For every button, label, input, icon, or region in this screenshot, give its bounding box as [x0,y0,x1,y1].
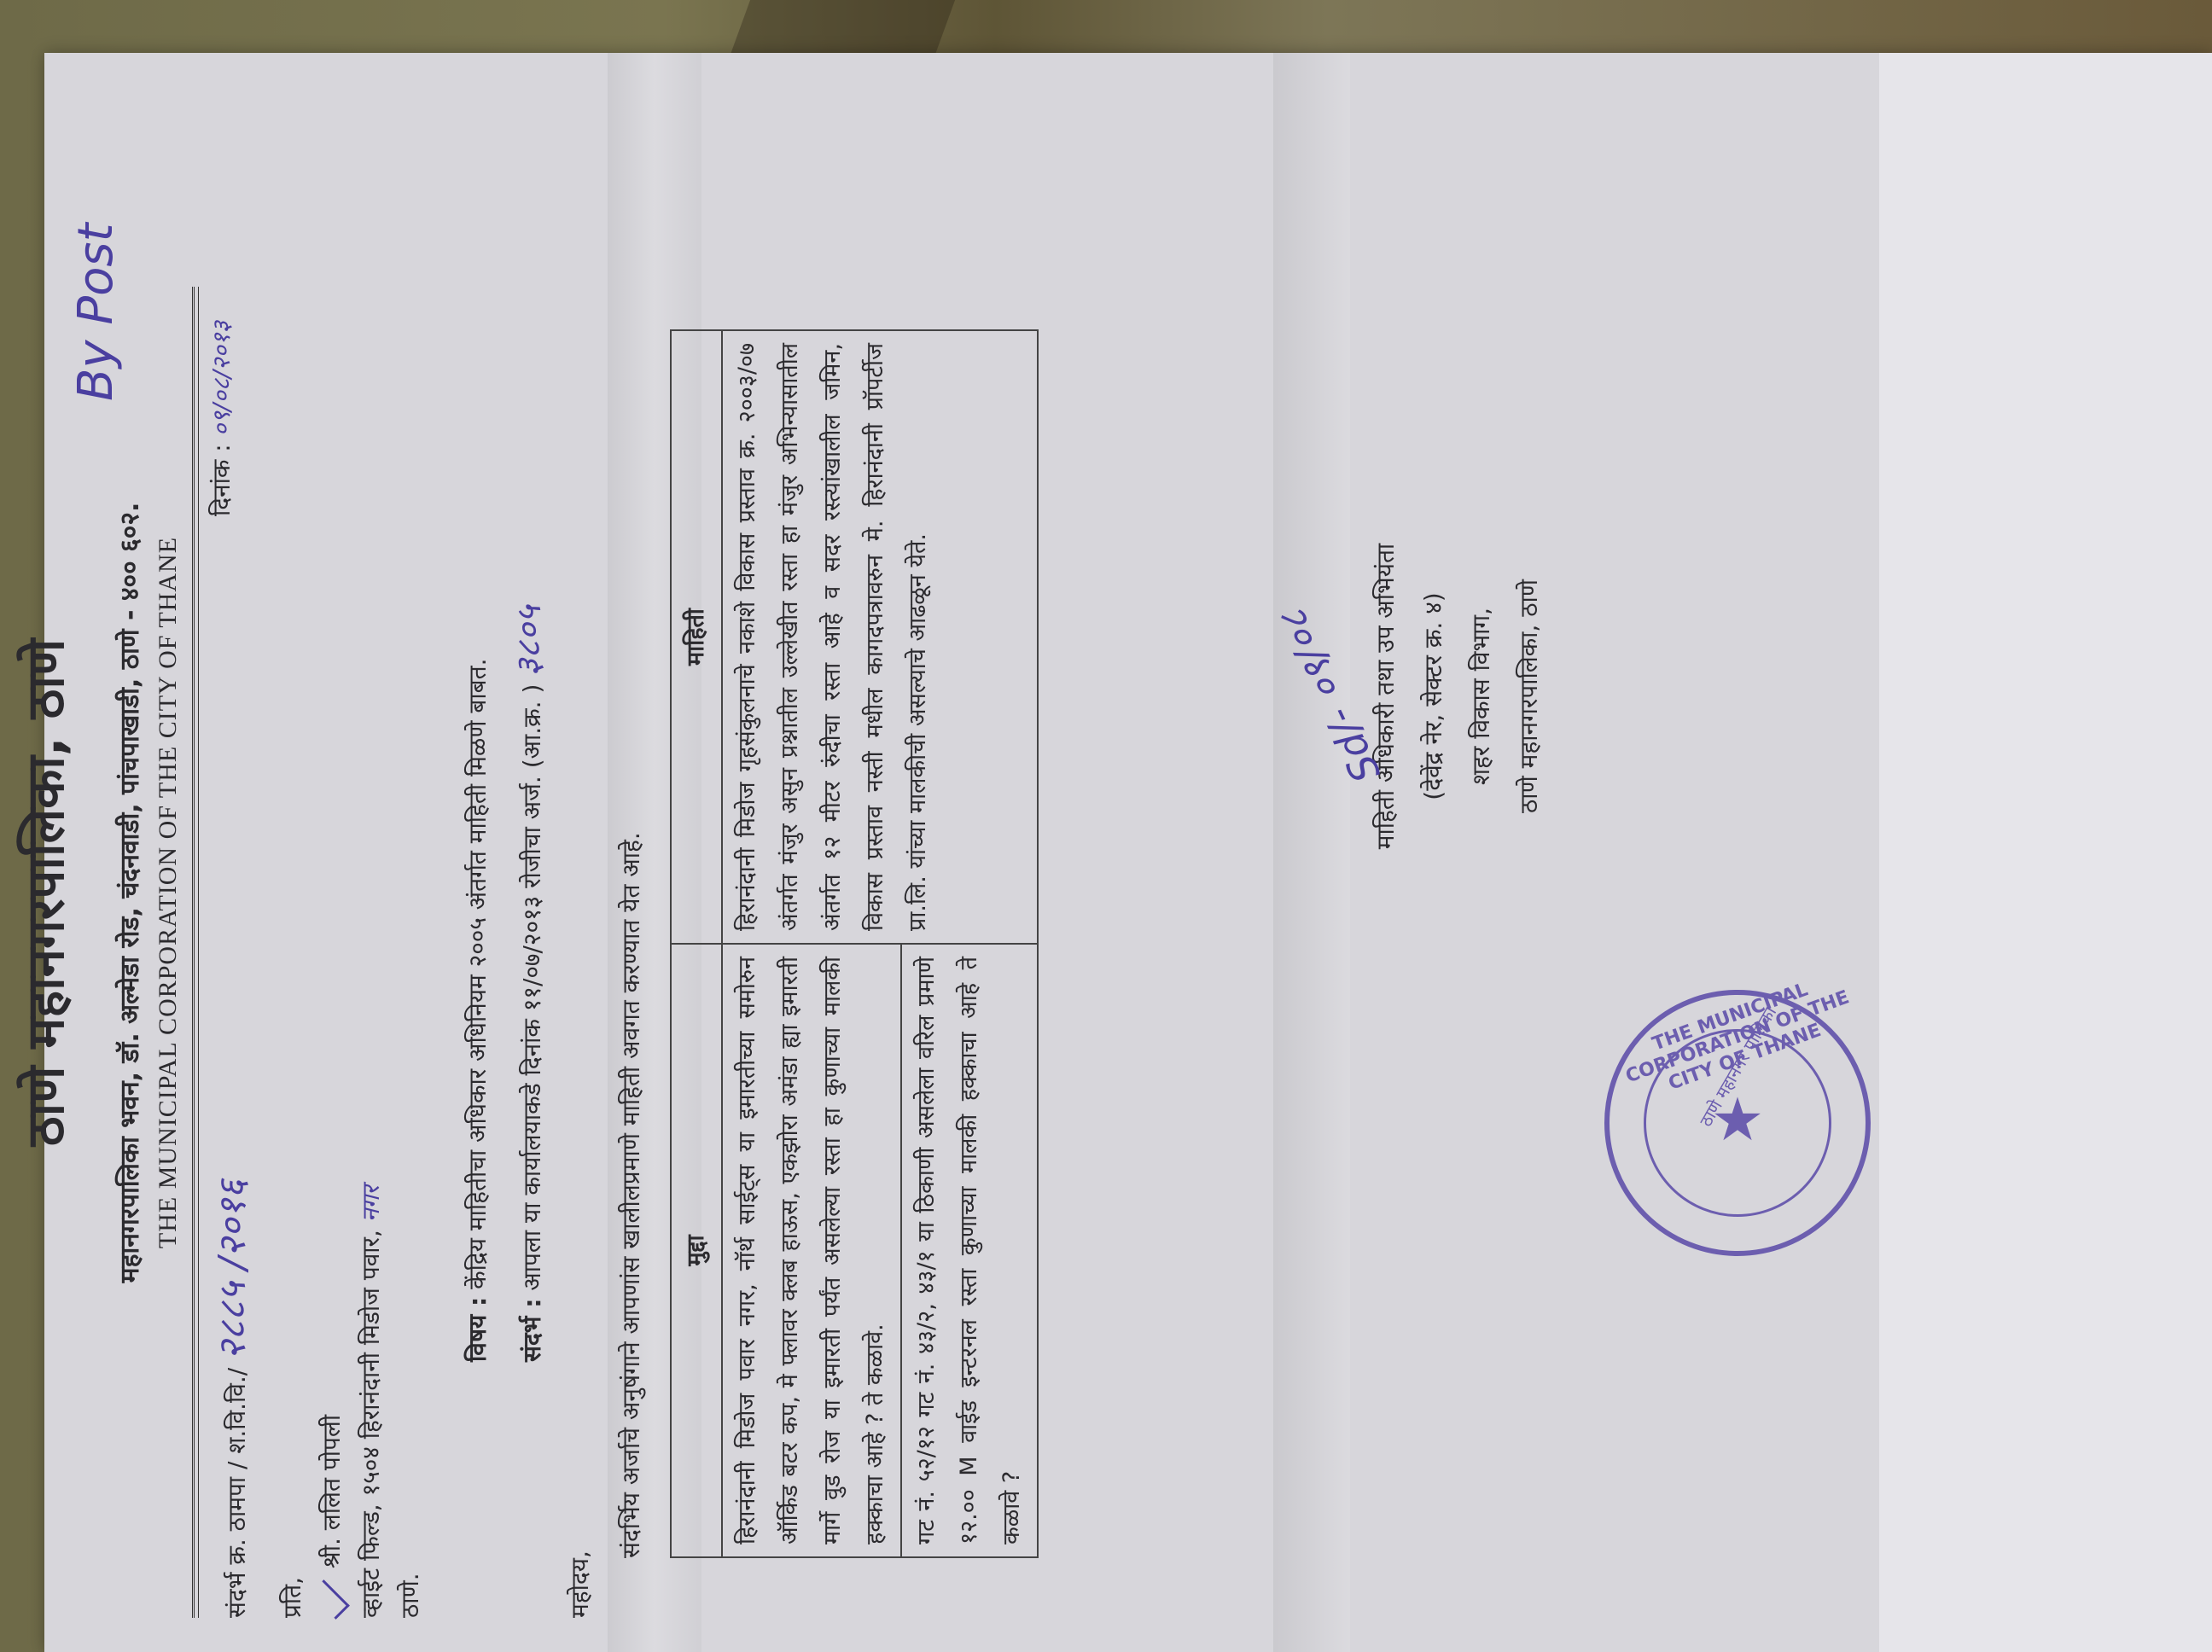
checkmark-icon [310,1579,350,1620]
reference-row: संदर्भ क्र. ठामपा / श.वि.वि./ २८८५ /२०१६… [205,287,256,1618]
letterhead-english-name: THE MUNICIPAL CORPORATION OF THE CITY OF… [154,133,183,1652]
info-table: मुद्दा माहिती हिरानंदानी मिडोज पवार नगर,… [670,329,1039,1558]
application-number: ३८०५ [509,606,549,677]
reference-line-text: आपला या कार्यालयाकडे दिनांक ११/०७/२०१३ र… [518,684,546,1291]
recipient-address: व्हाईट फिल्ड, १५०४ हिरानंदानी मिडोज पवार [357,1237,385,1618]
letter-date: दिनांक : ०९/०८/२०१३ [205,321,237,516]
signatory-name: (देवेंद्र नेर, सेक्टर क्र. ४) [1410,457,1458,935]
signatory-department: शहर विकास विभाग, [1458,457,1505,935]
date-value: ०९/०८/२०१३ [207,321,236,436]
letterhead-title: ठाणे महानगरपालिका, ठाणे [9,133,79,1652]
reference-label: संदर्भ क्र. ठामपा / श.वि.वि./ [223,1368,251,1618]
recipient-name: श्री. ललित पोपली [317,1415,346,1568]
table-row: हिरानंदानी मिडोज पवार नगर, नॉर्थ साईट्स … [722,330,901,1557]
official-stamp: THE MUNICIPAL CORPORATION OF THE CITY OF… [1604,990,1871,1256]
letterhead-address: महानगरपालिका भवन, डॉ. अल्मेडा रोड, चंदनव… [111,133,146,1652]
subject-text: केंद्रिय माहितीचा अधिकार अधिनियम २००५ अं… [463,658,492,1288]
subject-label: विषय : [463,1297,492,1362]
column-header-info: माहिती [671,330,722,944]
header-divider [192,287,199,1618]
issue-cell: हिरानंदानी मिडोज पवार नगर, नॉर्थ साईट्स … [722,944,901,1557]
recipient-city: ठाणे. [391,1185,430,1618]
signature-block: Sd/- ०९/०८ माहिती अधिकारी तथा उप अभियंता… [1306,457,1553,935]
star-icon: ★ [1610,1085,1866,1155]
column-header-issue: मुद्दा [671,944,722,1557]
reference-number: २८८५ /२०१६ [211,1179,254,1360]
intro-text: संदर्भिय अर्जाचे अनुषंगाने आपणांस खालीलप… [614,832,647,1558]
info-cell: हिरानंदानी मिडोज गृहसंकुलनाचे नकाशे विका… [722,330,1038,944]
signatory-designation: माहिती अधिकारी तथा उप अभियंता [1362,457,1410,935]
table-header-row: मुद्दा माहिती [671,330,722,1557]
issue-cell: गट नं. ५२/१२ गट नं. ४३/२, ४३/१ या ठिकाणी… [901,944,1038,1557]
recipient-address-handwritten: नगर [357,1185,385,1222]
recipient-block: प्रति, श्री. ललित पोपली व्हाईट फिल्ड, १५… [273,1185,430,1618]
recipient-prefix: प्रति, [273,1185,312,1618]
letter-content: ठाणे महानगरपालिका, ठाणे महानगरपालिका भवन… [282,133,1775,1652]
paper-fold-panel [1879,53,2212,1652]
date-label: दिनांक : [207,444,236,516]
signatory-organization: ठाणे महानगरपालिका, ठाणे [1505,457,1553,935]
salutation: महोदय, [563,1550,596,1618]
reference-line-label: संदर्भ : [518,1299,546,1362]
subject-block: विषय : केंद्रिय माहितीचा अधिकार अधिनियम … [452,606,558,1362]
